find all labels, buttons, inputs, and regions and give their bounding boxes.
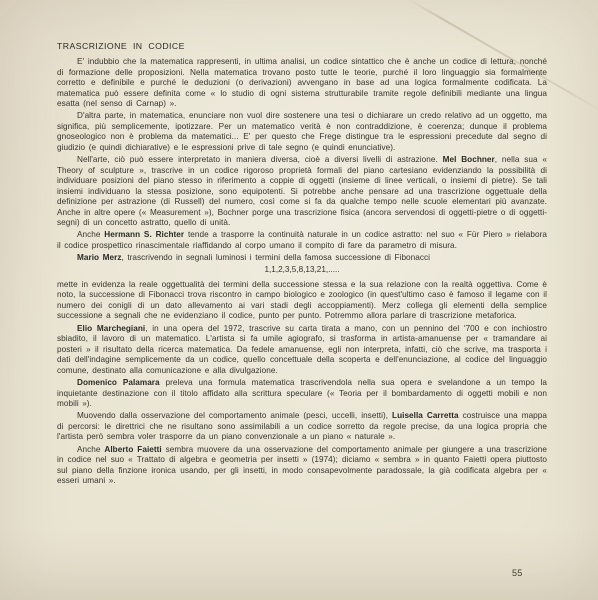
text-segment: Nell'arte, ciò può essere interpretato i… (77, 155, 443, 164)
paragraph: Muovendo dalla osservazione del comporta… (57, 411, 547, 443)
text-column: TRASCRIZIONE IN CODICE E' indubbio che l… (57, 41, 547, 488)
text-segment: Anche (77, 445, 104, 454)
artist-name: Alberto Faietti (104, 445, 161, 454)
paragraph: Elio Marchegiani, in una opera del 1972,… (57, 324, 547, 377)
artist-name: Mel Bochner (443, 155, 495, 164)
artist-name: Mario Merz (77, 253, 121, 262)
page-number: 55 (512, 568, 523, 578)
text-segment: Anche (77, 230, 104, 239)
body-text: E' indubbio che la matematica rappresent… (57, 57, 547, 487)
scanned-book-page: TRASCRIZIONE IN CODICE E' indubbio che l… (0, 0, 598, 600)
paragraph: mette in evidenza la reale oggettualità … (57, 280, 547, 322)
text-segment: mette in evidenza la reale oggettualità … (57, 280, 547, 321)
paragraph: Mario Merz, trascrivendo in segnali lumi… (57, 253, 547, 264)
fibonacci-sequence-line: 1,1,2,3,5,8,13,21,..... (57, 265, 547, 276)
paragraph: E' indubbio che la matematica rappresent… (57, 57, 547, 110)
artist-name: Elio Marchegiani (77, 324, 145, 333)
text-segment: E' indubbio che la matematica rappresent… (57, 57, 547, 108)
paragraph: Anche Hermann S. Richter tende a traspor… (57, 230, 547, 251)
paragraph: Nell'arte, ciò può essere interpretato i… (57, 155, 547, 229)
text-segment: , nella sua « Theory of sculpture », tra… (57, 155, 547, 227)
text-segment: , trascrivendo in segnali luminosi i ter… (121, 253, 430, 262)
paragraph: Anche Alberto Faietti sembra muovere da … (57, 445, 547, 487)
artist-name: Hermann S. Richter (104, 230, 184, 239)
paragraph: Domenico Palamara preleva una formula ma… (57, 378, 547, 410)
text-segment: Muovendo dalla osservazione del comporta… (77, 411, 392, 420)
artist-name: Domenico Palamara (77, 378, 160, 387)
artist-name: Luisella Carretta (392, 411, 459, 420)
paragraph: D'altra parte, in matematica, enunciare … (57, 111, 547, 153)
page-title: TRASCRIZIONE IN CODICE (57, 41, 547, 51)
text-segment: D'altra parte, in matematica, enunciare … (57, 111, 547, 152)
